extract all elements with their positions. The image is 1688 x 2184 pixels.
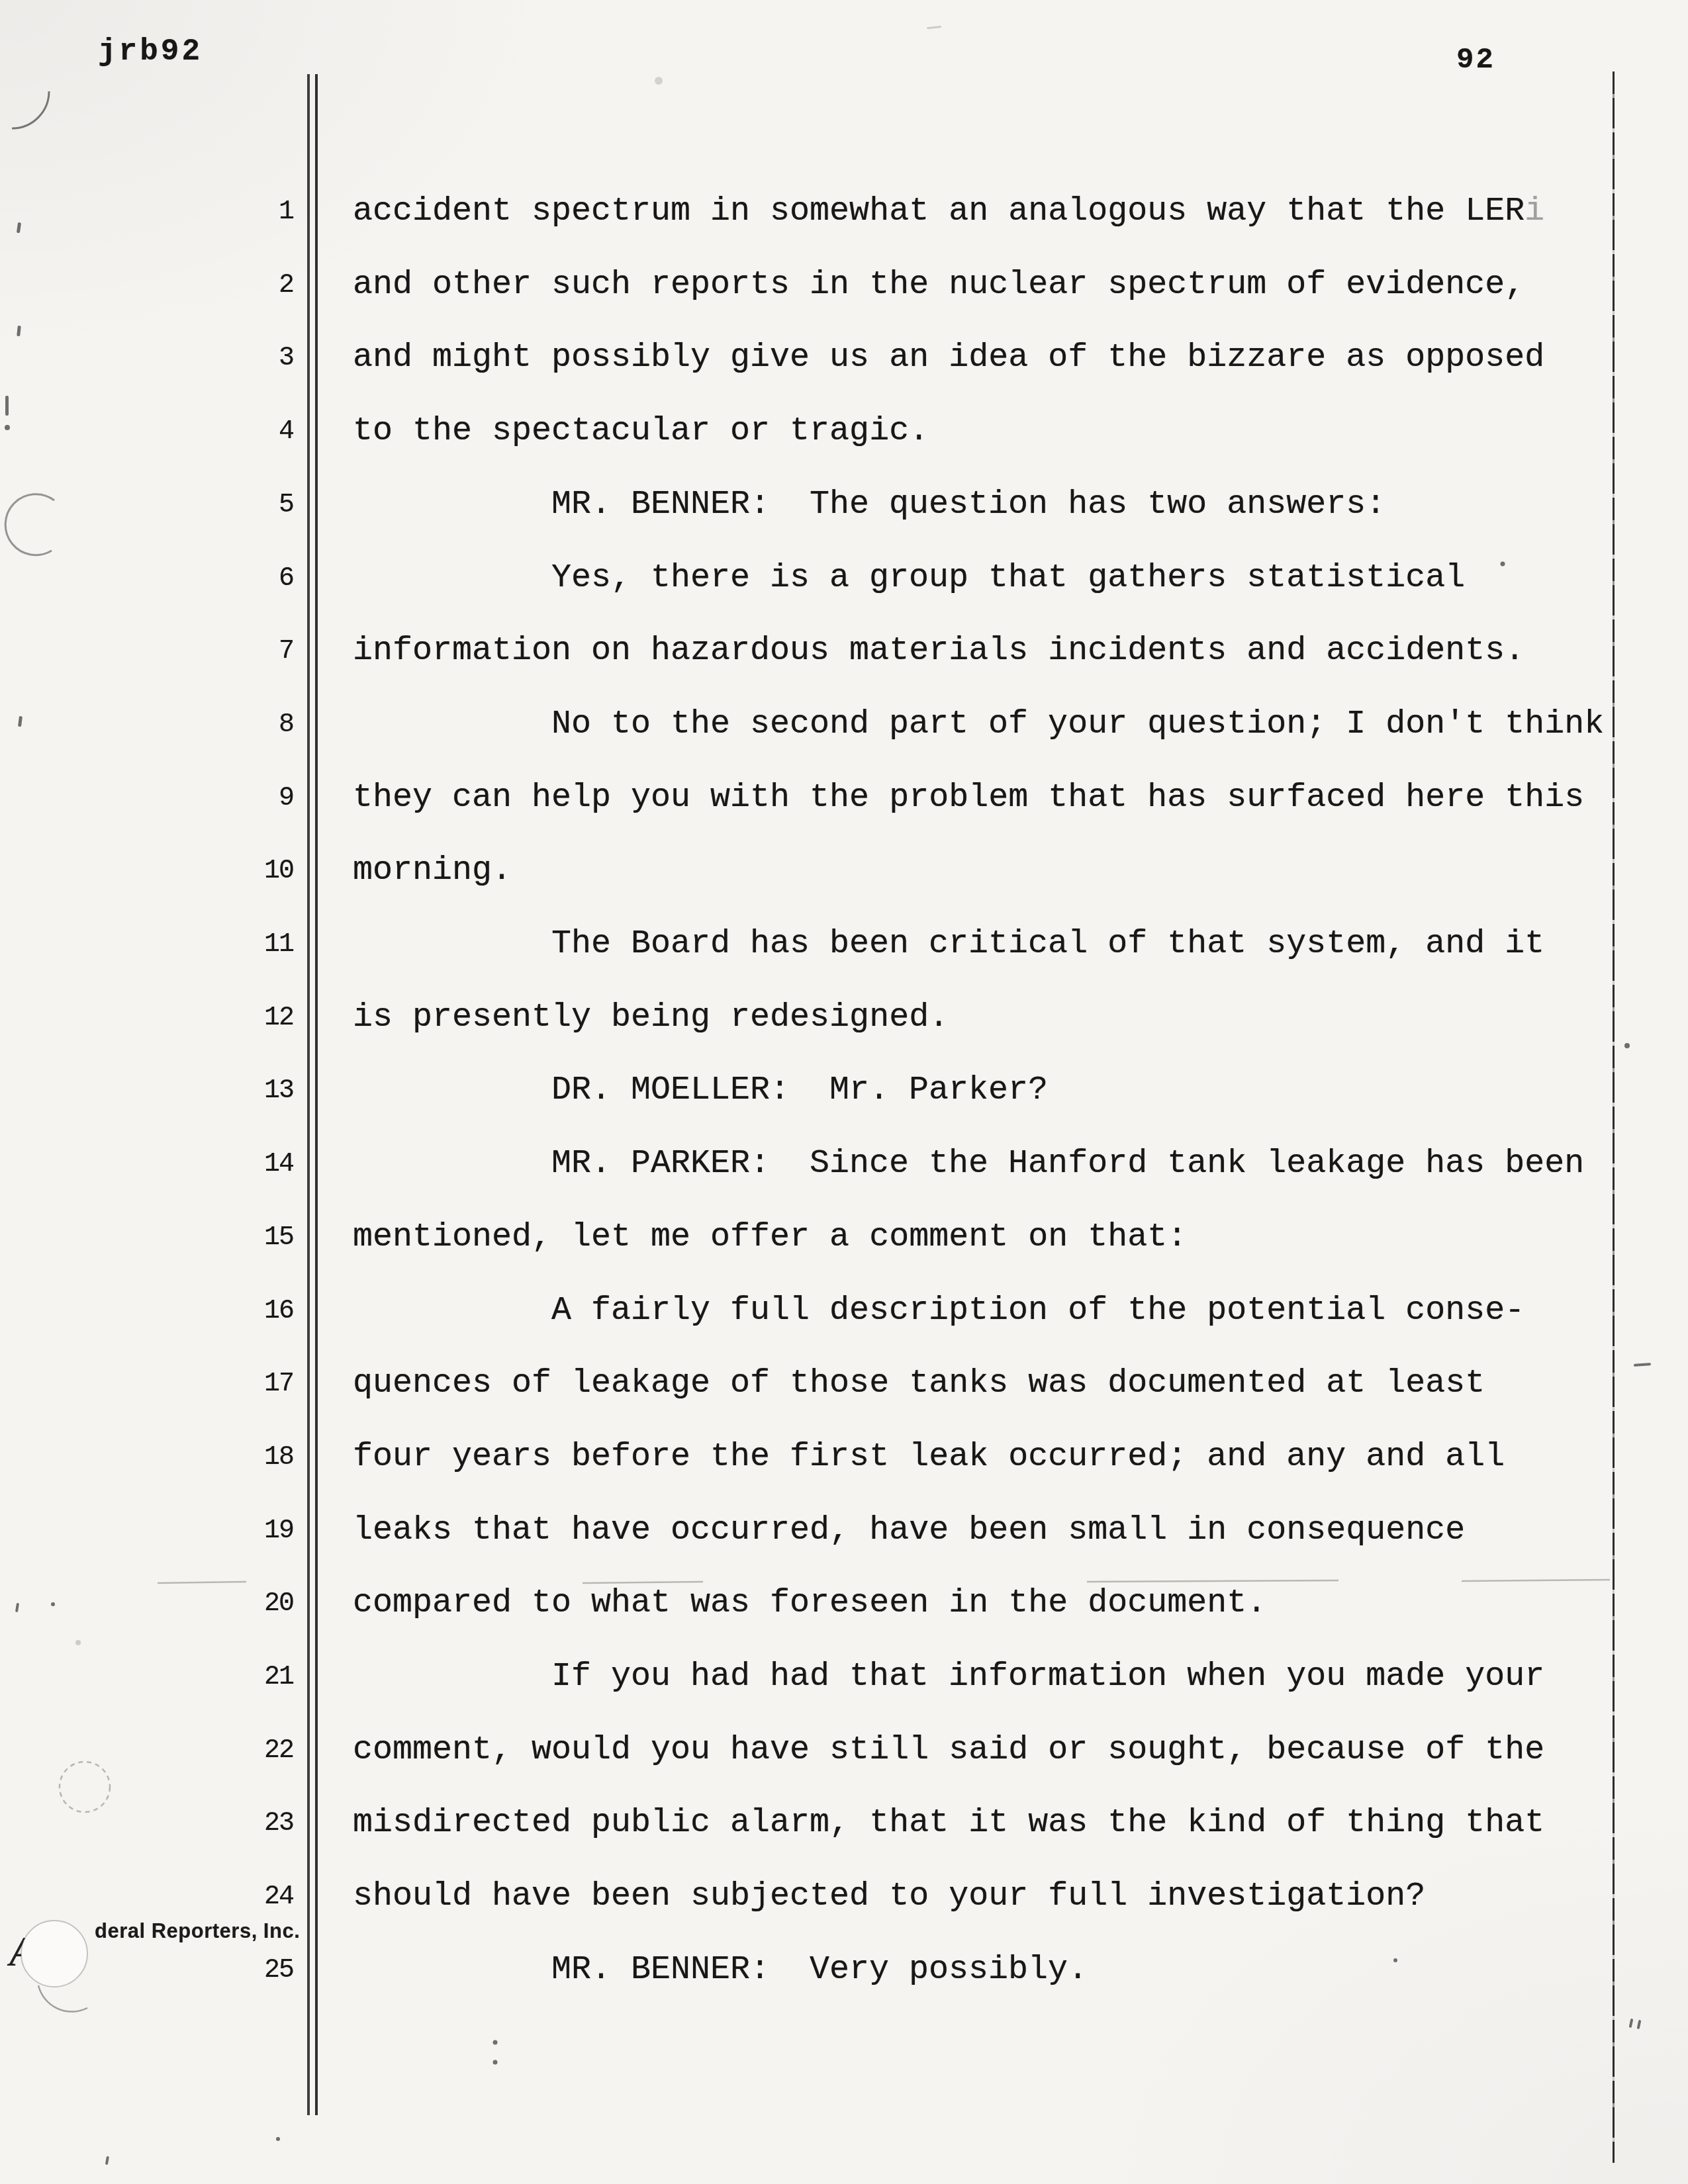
transcript-line: 24should have been subjected to your ful… [0,1878,1688,1915]
line-text: A fairly full description of the potenti… [551,1293,1524,1330]
line-text: compared to what was foreseen in the doc… [353,1585,1266,1622]
line-number: 19 [264,1516,293,1546]
line-text: four years before the first leak occurre… [353,1439,1505,1476]
transcript-line: 20compared to what was foreseen in the d… [0,1585,1688,1622]
line-number: 22 [264,1736,293,1766]
line-number: 18 [264,1443,293,1473]
hole-punch-arc-top [12,91,49,128]
line-number: 8 [279,710,293,740]
line-text: misdirected public alarm, that it was th… [353,1805,1544,1842]
line-number: 25 [264,1956,293,1985]
transcript-line: 23misdirected public alarm, that it was … [0,1805,1688,1842]
line-text: If you had had that information when you… [551,1659,1544,1696]
reporters-stamp-label: deral Reporters, Inc. [95,1919,300,1943]
transcript-line: 15mentioned, let me offer a comment on t… [0,1219,1688,1256]
transcript-line: 16A fairly full description of the poten… [0,1293,1688,1330]
faint-fold-line [158,1580,1610,1583]
line-text: MR. BENNER: Very possibly. [551,1952,1088,1989]
transcript-page: jrb92 92 1accident spectrum in somewhat … [0,0,1688,2184]
line-text: and might possibly give us an idea of th… [353,340,1544,377]
line-number: 4 [279,417,293,447]
transcript-line: 10morning. [0,852,1688,889]
transcript-line: 8No to the second part of your question;… [0,706,1688,743]
line-number: 14 [264,1150,293,1179]
transcript-line: 3and might possibly give us an idea of t… [0,340,1688,377]
ghost-character: i [1524,193,1544,230]
hole-punch-arc-bottom [38,1985,87,2012]
line-text: Yes, there is a group that gathers stati… [551,560,1465,597]
line-number: 11 [264,930,293,960]
line-text: The Board has been critical of that syst… [551,926,1544,963]
doc-id: jrb92 [98,34,203,69]
transcript-line: 18four years before the first leak occur… [0,1439,1688,1476]
line-number: 9 [279,784,293,813]
line-text: comment, would you have still said or so… [353,1732,1544,1769]
transcript-line: 5MR. BENNER: The question has two answer… [0,486,1688,523]
line-text: they can help you with the problem that … [353,780,1584,817]
transcript-line: 1accident spectrum in somewhat an analog… [0,193,1688,230]
line-text: information on hazardous materials incid… [353,633,1524,670]
transcript-line: 19leaks that have occurred, have been sm… [0,1512,1688,1549]
transcript-line: 13DR. MOELLER: Mr. Parker? [0,1072,1688,1109]
right-edge-rule [1613,71,1615,2163]
line-number: 7 [279,637,293,666]
transcript-line: 9they can help you with the problem that… [0,780,1688,817]
transcript-line: 14MR. PARKER: Since the Hanford tank lea… [0,1146,1688,1183]
transcript-line: 4to the spectacular or tragic. [0,413,1688,450]
line-text: quences of leakage of those tanks was do… [353,1365,1485,1402]
line-text: to the spectacular or tragic. [353,413,929,450]
line-text: is presently being redesigned. [353,999,949,1036]
transcript-line: 25MR. BENNER: Very possibly. [0,1952,1688,1989]
transcript-line: 6Yes, there is a group that gathers stat… [0,560,1688,597]
line-number: 5 [279,490,293,520]
line-text: accident spectrum in somewhat an analogo… [353,193,1544,230]
line-text: should have been subjected to your full … [353,1878,1425,1915]
line-number: 21 [264,1662,293,1692]
line-number: 12 [264,1003,293,1033]
line-text: DR. MOELLER: Mr. Parker? [551,1072,1048,1109]
line-number: 20 [264,1589,293,1619]
line-number: 15 [264,1223,293,1253]
line-number: 23 [264,1809,293,1839]
line-number: 16 [264,1297,293,1326]
line-text: morning. [353,852,512,889]
line-number: 17 [264,1369,293,1399]
line-number: 13 [264,1076,293,1106]
transcript-line: 11The Board has been critical of that sy… [0,926,1688,963]
transcript-line: 22comment, would you have still said or … [0,1732,1688,1769]
line-text: leaks that have occurred, have been smal… [353,1512,1465,1549]
reporters-stamp-letter: A [9,1927,38,1976]
line-text: No to the second part of your question; … [551,706,1604,743]
transcript-line: 21If you had had that information when y… [0,1659,1688,1696]
page-number: 92 [1456,44,1495,77]
line-number: 24 [264,1882,293,1912]
transcript-line: 7information on hazardous materials inci… [0,633,1688,670]
transcript-line: 2and other such reports in the nuclear s… [0,267,1688,304]
line-text: mentioned, let me offer a comment on tha… [353,1219,1187,1256]
line-text: and other such reports in the nuclear sp… [353,267,1524,304]
transcript-line: 17quences of leakage of those tanks was … [0,1365,1688,1402]
line-text: MR. PARKER: Since the Hanford tank leaka… [551,1146,1584,1183]
line-number: 10 [264,856,293,886]
line-number: 1 [279,197,293,227]
line-number: 3 [279,343,293,373]
line-text: MR. BENNER: The question has two answers… [551,486,1385,523]
transcript-line: 12is presently being redesigned. [0,999,1688,1036]
line-number: 2 [279,271,293,300]
line-number: 6 [279,564,293,594]
